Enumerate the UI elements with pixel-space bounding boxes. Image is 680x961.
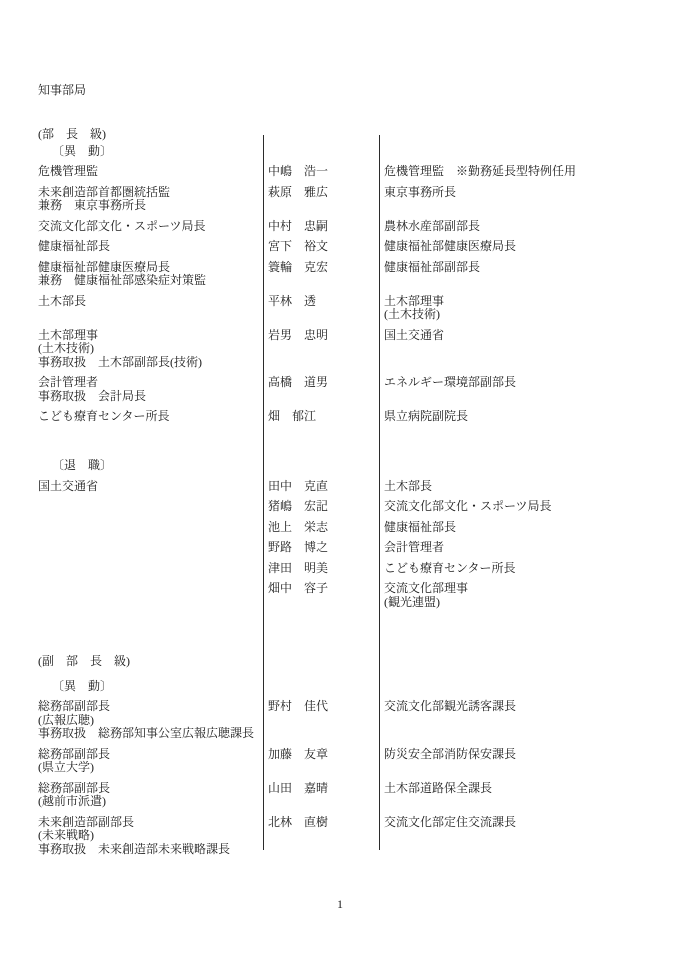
person-name: 高橋 道男 [263,376,379,403]
section-rows: 危機管理監中嶋 浩一危機管理監 ※勤務延長型特例任用未来創造部首都圏統括監兼務 … [38,165,642,424]
old-position-line: 土木部理事 [384,295,642,309]
table-row: 野路 博之会計管理者 [38,541,642,555]
new-position-line: (広報広聴) [38,714,259,728]
section-heading: (部 長 級) [38,128,642,142]
new-position-cell: 総務部副部長(県立大学) [38,748,263,775]
new-position-line: 土木部長 [38,295,259,309]
section-bucho-class: (部 長 級)〔異 動〕危機管理監中嶋 浩一危機管理監 ※勤務延長型特例任用未来… [38,128,642,431]
table-row: 猪嶋 宏記交流文化部文化・スポーツ局長 [38,500,642,514]
table-row: こども療育センター所長畑 郁江県立病院副院長 [38,410,642,424]
section-fukubucho-class: (副 部 長 級)〔異 動〕総務部副部長(広報広聴)事務取扱 総務部知事公室広報… [38,655,642,863]
document-title: 知事部局 [38,83,86,97]
table-row: 交流文化部文化・スポーツ局長中村 忠嗣農林水産部副部長 [38,220,642,234]
new-position-line: 健康福祉部長 [38,240,259,254]
old-position-cell: エネルギー環境部副部長 [379,376,642,403]
person-name: 中村 忠嗣 [263,220,379,234]
table-row: 畑中 容子交流文化部理事(観光連盟) [38,582,642,609]
person-name: 田中 克直 [263,480,379,494]
old-position-line: 農林水産部副部長 [384,220,642,234]
old-position-line: 健康福祉部副部長 [384,261,642,275]
old-position-cell: 交流文化部文化・スポーツ局長 [379,500,642,514]
old-position-line: 交流文化部理事 [384,582,642,596]
new-position-cell [38,582,263,609]
person-name: 山田 嘉晴 [263,782,379,809]
old-position-line: こども療育センター所長 [384,562,642,576]
table-row: 危機管理監中嶋 浩一危機管理監 ※勤務延長型特例任用 [38,165,642,179]
old-position-cell: 農林水産部副部長 [379,220,642,234]
old-position-line: 東京事務所長 [384,186,642,200]
old-position-line: 交流文化部文化・スポーツ局長 [384,500,642,514]
new-position-cell: 土木部理事(土木技術)事務取扱 土木部副部長(技術) [38,329,263,370]
old-position-cell: 県立病院副院長 [379,410,642,424]
person-name: 野村 佳代 [263,700,379,741]
old-position-line: 会計管理者 [384,541,642,555]
old-position-line: 健康福祉部長 [384,521,642,535]
section-heading: (副 部 長 級) [38,655,642,669]
person-name: 岩男 忠明 [263,329,379,370]
table-row: 総務部副部長(越前市派遣)山田 嘉晴土木部道路保全課長 [38,782,642,809]
old-position-cell: 東京事務所長 [379,186,642,213]
section-rows: 総務部副部長(広報広聴)事務取扱 総務部知事公室広報広聴課長野村 佳代交流文化部… [38,700,642,856]
old-position-cell: 土木部道路保全課長 [379,782,642,809]
new-position-cell: 危機管理監 [38,165,263,179]
new-position-cell: 総務部副部長(広報広聴)事務取扱 総務部知事公室広報広聴課長 [38,700,263,741]
new-position-cell: 交流文化部文化・スポーツ局長 [38,220,263,234]
new-position-cell: こども療育センター所長 [38,410,263,424]
new-position-line: 危機管理監 [38,165,259,179]
new-position-cell: 会計管理者事務取扱 会計局長 [38,376,263,403]
table-row: 総務部副部長(広報広聴)事務取扱 総務部知事公室広報広聴課長野村 佳代交流文化部… [38,700,642,741]
new-position-line: 兼務 東京事務所長 [38,199,259,213]
new-position-line: (越前市派遣) [38,795,259,809]
new-position-line: 未来創造部副部長 [38,816,259,830]
new-position-line: 兼務 健康福祉部感染症対策監 [38,274,259,288]
old-position-line: 交流文化部定住交流課長 [384,816,642,830]
old-position-line: 県立病院副院長 [384,410,642,424]
old-position-line: 国土交通省 [384,329,642,343]
new-position-line: 未来創造部首都圏統括監 [38,186,259,200]
person-name: 野路 博之 [263,541,379,555]
new-position-cell: 健康福祉部健康医療局長兼務 健康福祉部感染症対策監 [38,261,263,288]
table-row: 健康福祉部健康医療局長兼務 健康福祉部感染症対策監簑輪 克宏健康福祉部副部長 [38,261,642,288]
table-row: 土木部理事(土木技術)事務取扱 土木部副部長(技術)岩男 忠明国土交通省 [38,329,642,370]
person-name: 平林 透 [263,295,379,322]
person-name: 畑中 容子 [263,582,379,609]
new-position-cell [38,562,263,576]
old-position-line: 土木部長 [384,480,642,494]
old-position-cell: 土木部理事(土木技術) [379,295,642,322]
page-number: 1 [0,897,680,911]
section-subheading: 〔異 動〕 [38,680,642,694]
old-position-cell: 健康福祉部長 [379,521,642,535]
new-position-cell: 土木部長 [38,295,263,322]
old-position-line: 健康福祉部健康医療局長 [384,240,642,254]
old-position-line: (観光連盟) [384,596,642,610]
old-position-cell: 交流文化部定住交流課長 [379,816,642,857]
new-position-line: 国土交通省 [38,480,259,494]
new-position-line: 土木部理事 [38,329,259,343]
table-row: 池上 栄志健康福祉部長 [38,521,642,535]
new-position-line: 事務取扱 総務部知事公室広報広聴課長 [38,727,259,741]
old-position-cell: 会計管理者 [379,541,642,555]
new-position-line: (県立大学) [38,761,259,775]
person-name: 畑 郁江 [263,410,379,424]
old-position-cell: 健康福祉部副部長 [379,261,642,288]
old-position-cell: 交流文化部観光誘客課長 [379,700,642,741]
old-position-cell: こども療育センター所長 [379,562,642,576]
person-name: 北林 直樹 [263,816,379,857]
section-subheading: 〔退 職〕 [38,459,642,473]
section-subheading: 〔異 動〕 [38,145,642,159]
new-position-line: 総務部副部長 [38,782,259,796]
new-position-cell [38,521,263,535]
old-position-cell: 健康福祉部健康医療局長 [379,240,642,254]
old-position-line: 交流文化部観光誘客課長 [384,700,642,714]
new-position-cell [38,541,263,555]
old-position-line: (土木技術) [384,308,642,322]
person-name: 加藤 友章 [263,748,379,775]
old-position-line: 危機管理監 ※勤務延長型特例任用 [384,165,642,179]
new-position-line: 健康福祉部健康医療局長 [38,261,259,275]
table-row: 未来創造部副部長(未来戦略)事務取扱 未来創造部未来戦略課長北林 直樹交流文化部… [38,816,642,857]
person-name: 宮下 裕文 [263,240,379,254]
old-position-line: 防災安全部消防保安課長 [384,748,642,762]
new-position-line: (土木技術) [38,342,259,356]
section-retirement: 〔退 職〕国土交通省田中 克直土木部長猪嶋 宏記交流文化部文化・スポーツ局長池上… [38,456,642,616]
new-position-line: 総務部副部長 [38,700,259,714]
new-position-cell: 未来創造部首都圏統括監兼務 東京事務所長 [38,186,263,213]
new-position-cell [38,500,263,514]
old-position-cell: 土木部長 [379,480,642,494]
new-position-line: 事務取扱 未来創造部未来戦略課長 [38,843,259,857]
person-name: 猪嶋 宏記 [263,500,379,514]
person-name: 簑輪 克宏 [263,261,379,288]
table-row: 津田 明美こども療育センター所長 [38,562,642,576]
old-position-cell: 交流文化部理事(観光連盟) [379,582,642,609]
old-position-line: 土木部道路保全課長 [384,782,642,796]
new-position-cell: 未来創造部副部長(未来戦略)事務取扱 未来創造部未来戦略課長 [38,816,263,857]
old-position-line: エネルギー環境部副部長 [384,376,642,390]
person-name: 萩原 雅広 [263,186,379,213]
section-rows: 国土交通省田中 克直土木部長猪嶋 宏記交流文化部文化・スポーツ局長池上 栄志健康… [38,480,642,610]
person-name: 津田 明美 [263,562,379,576]
person-name: 池上 栄志 [263,521,379,535]
new-position-cell: 健康福祉部長 [38,240,263,254]
new-position-line: こども療育センター所長 [38,410,259,424]
old-position-cell: 危機管理監 ※勤務延長型特例任用 [379,165,642,179]
table-row: 総務部副部長(県立大学)加藤 友章防災安全部消防保安課長 [38,748,642,775]
new-position-cell: 国土交通省 [38,480,263,494]
old-position-cell: 国土交通省 [379,329,642,370]
table-row: 会計管理者事務取扱 会計局長高橋 道男エネルギー環境部副部長 [38,376,642,403]
table-row: 国土交通省田中 克直土木部長 [38,480,642,494]
person-name: 中嶋 浩一 [263,165,379,179]
new-position-cell: 総務部副部長(越前市派遣) [38,782,263,809]
old-position-cell: 防災安全部消防保安課長 [379,748,642,775]
new-position-line: 事務取扱 土木部副部長(技術) [38,356,259,370]
new-position-line: 総務部副部長 [38,748,259,762]
new-position-line: (未来戦略) [38,829,259,843]
table-row: 未来創造部首都圏統括監兼務 東京事務所長萩原 雅広東京事務所長 [38,186,642,213]
new-position-line: 事務取扱 会計局長 [38,390,259,404]
new-position-line: 交流文化部文化・スポーツ局長 [38,220,259,234]
document-page: 知事部局 (部 長 級)〔異 動〕危機管理監中嶋 浩一危機管理監 ※勤務延長型特… [0,0,680,961]
new-position-line: 会計管理者 [38,376,259,390]
table-row: 健康福祉部長宮下 裕文健康福祉部健康医療局長 [38,240,642,254]
table-row: 土木部長平林 透土木部理事(土木技術) [38,295,642,322]
